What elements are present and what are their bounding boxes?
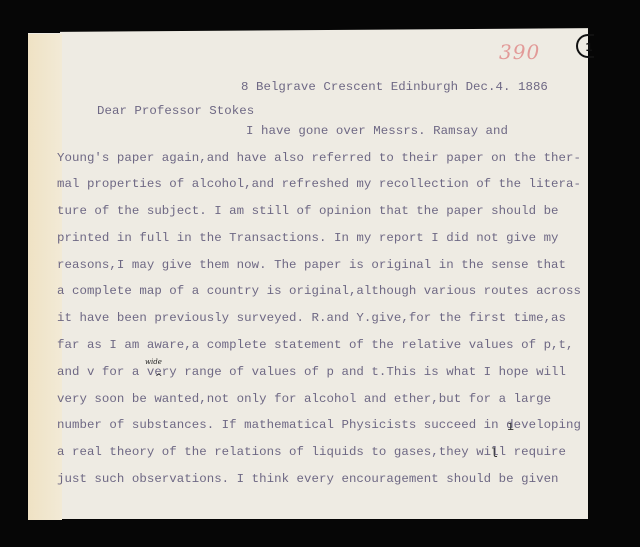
handwritten-insertion: wide <box>145 358 162 366</box>
circled-page-number: 1 <box>576 34 594 58</box>
body-line: I have gone over Messrs. Ramsay and <box>246 124 508 138</box>
body-line: reasons,I may give them now. The paper i… <box>57 258 566 272</box>
body-line: Young's paper again,and have also referr… <box>57 151 581 165</box>
pen-correction-mark: ı <box>507 419 514 433</box>
body-line: a complete map of a country is original,… <box>57 284 581 298</box>
insertion-caret: ^ <box>155 373 163 383</box>
body-line: just such observations. I think every en… <box>57 472 559 486</box>
body-line: ture of the subject. I am still of opini… <box>57 204 559 218</box>
body-line: mal properties of alcohol,and refreshed … <box>57 177 581 191</box>
salutation: Dear Professor Stokes <box>97 104 254 118</box>
body-line: it have been previously surveyed. R.and … <box>57 311 566 325</box>
pen-correction-mark: l <box>491 446 498 460</box>
body-line: a real theory of the relations of liquid… <box>57 445 566 459</box>
body-line: number of substances. If mathematical Ph… <box>57 418 581 432</box>
scanned-letter-viewer: 390 1 8 Belgrave Crescent Edinburgh Dec.… <box>0 0 640 547</box>
body-line: printed in full in the Transactions. In … <box>57 231 559 245</box>
body-line: very soon be wanted,not only for alcohol… <box>57 392 551 406</box>
body-line: far as I am aware,a complete statement o… <box>57 338 574 352</box>
address-line: 8 Belgrave Crescent Edinburgh Dec.4. 188… <box>241 80 548 94</box>
body-line: and v for a very range of values of p an… <box>57 365 566 379</box>
folio-number: 390 <box>499 40 540 64</box>
